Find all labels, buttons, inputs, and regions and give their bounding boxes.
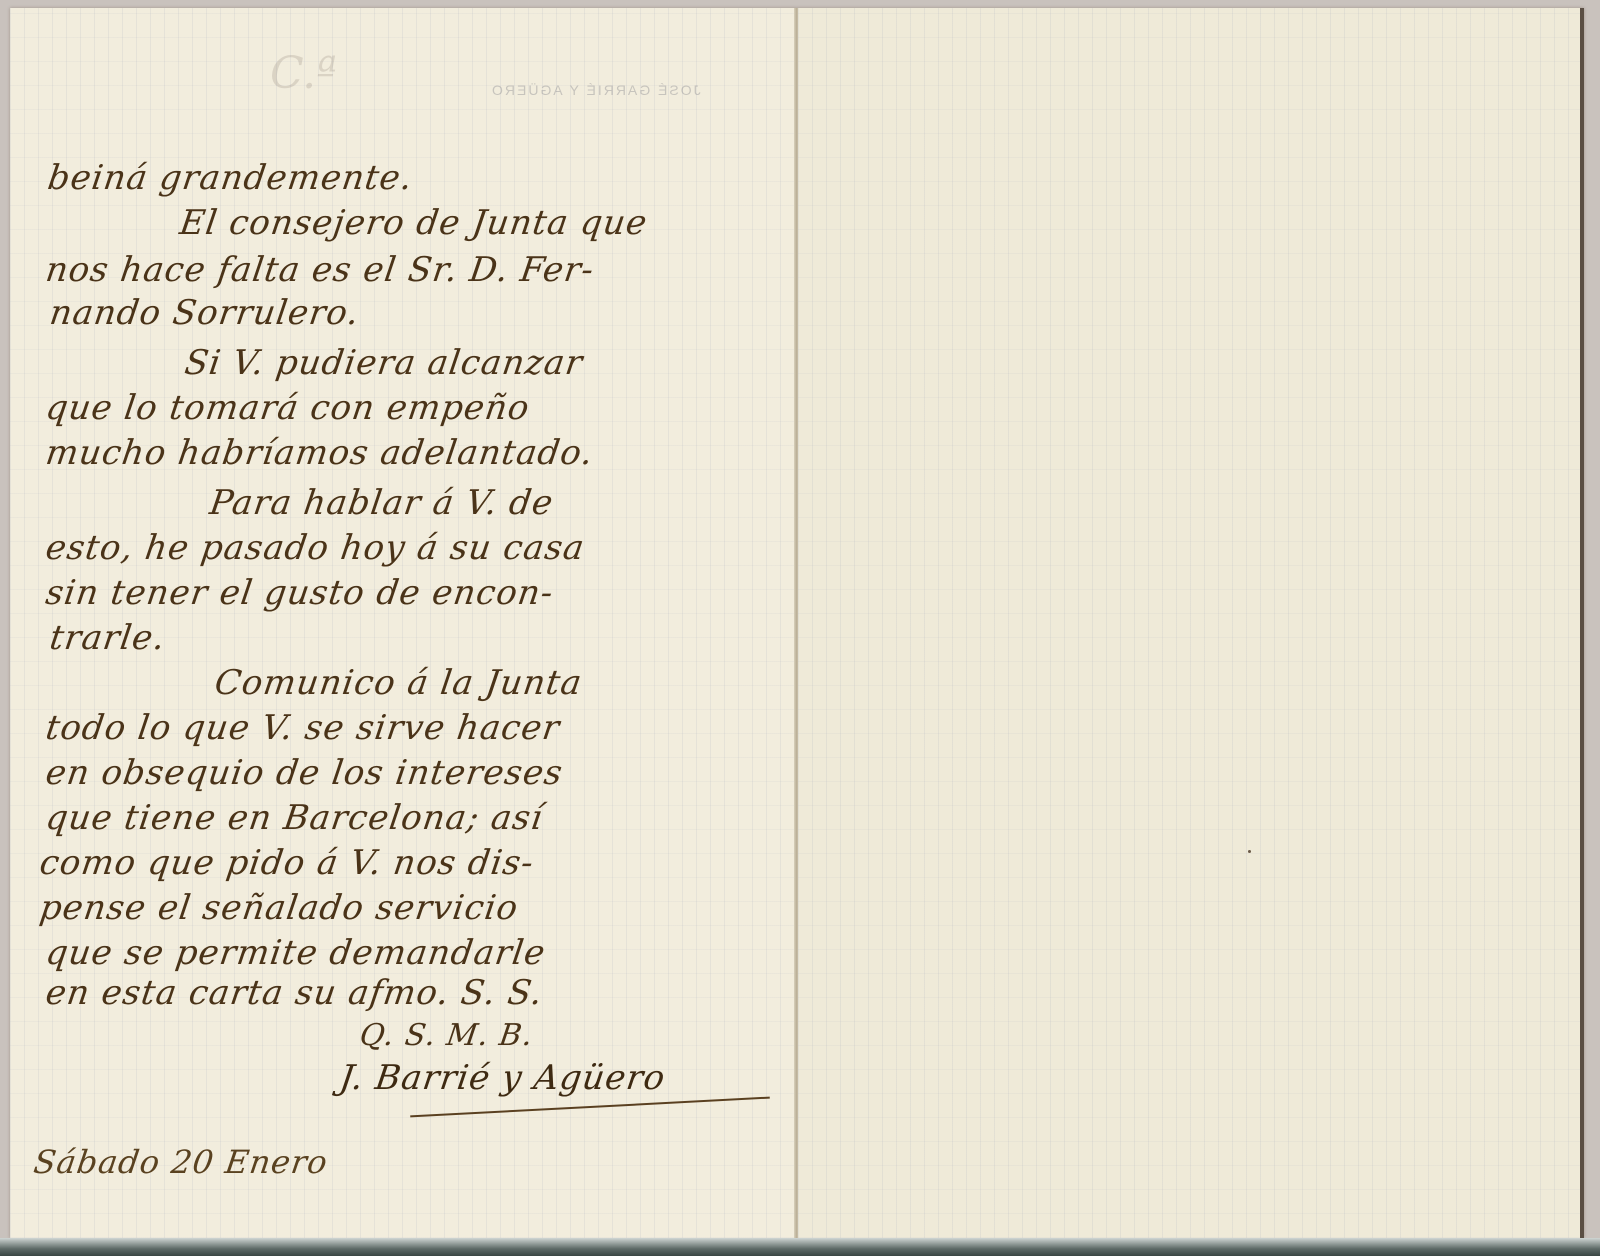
letter-line: beiná grandemente. — [45, 158, 415, 198]
right-page-blank — [798, 8, 1584, 1238]
letter-line: que lo tomará con empeño — [43, 388, 532, 428]
letter-line: Si V. pudiera alcanzar — [182, 343, 585, 383]
letter-sheet: JOSÉ GARRIÉ Y AGÜERO C.ª beiná grandemen… — [10, 8, 1584, 1238]
letter-line: pense el señalado servicio — [37, 888, 521, 928]
letter-line: sin tener el gusto de encon- — [43, 573, 556, 613]
closing-formula: Q. S. M. B. — [358, 1018, 536, 1053]
scanner-bed-edge — [0, 1238, 1600, 1256]
letterhead-bleed-through: JOSÉ GARRIÉ Y AGÜERO — [490, 82, 701, 98]
paper-speck — [1248, 850, 1251, 853]
letter-line: El consejero de Junta que — [177, 203, 650, 243]
letter-line: Para hablar á V. de — [207, 483, 556, 523]
letter-line: trarle. — [47, 618, 168, 658]
sheet-edge — [1580, 8, 1584, 1238]
letter-line: que se permite demandarle — [43, 933, 548, 973]
letter-line: Comunico á la Junta — [212, 663, 585, 703]
letter-line: todo lo que V. se sirve hacer — [43, 708, 562, 748]
signature: J. Barrié y Agüero — [337, 1058, 668, 1098]
letter-line: mucho habríamos adelantado. — [43, 433, 596, 473]
letter-line: esto, he pasado hoy á su casa — [43, 528, 587, 568]
dateline: Sábado 20 Enero — [31, 1143, 330, 1181]
letter-line: como que pido á V. nos dis- — [37, 843, 536, 883]
letter-line: nando Sorrulero. — [47, 293, 362, 333]
signature-flourish — [410, 1097, 770, 1118]
letter-line: en esta carta su afmo. S. S. — [43, 973, 545, 1013]
bleed-through-mark: C.ª — [270, 48, 337, 99]
left-page: JOSÉ GARRIÉ Y AGÜERO C.ª beiná grandemen… — [10, 8, 796, 1238]
letter-line: en obsequio de los intereses — [43, 753, 565, 793]
letter-line: nos hace falta es el Sr. D. Fer- — [43, 250, 597, 290]
letter-line: que tiene en Barcelona; así — [43, 798, 546, 838]
